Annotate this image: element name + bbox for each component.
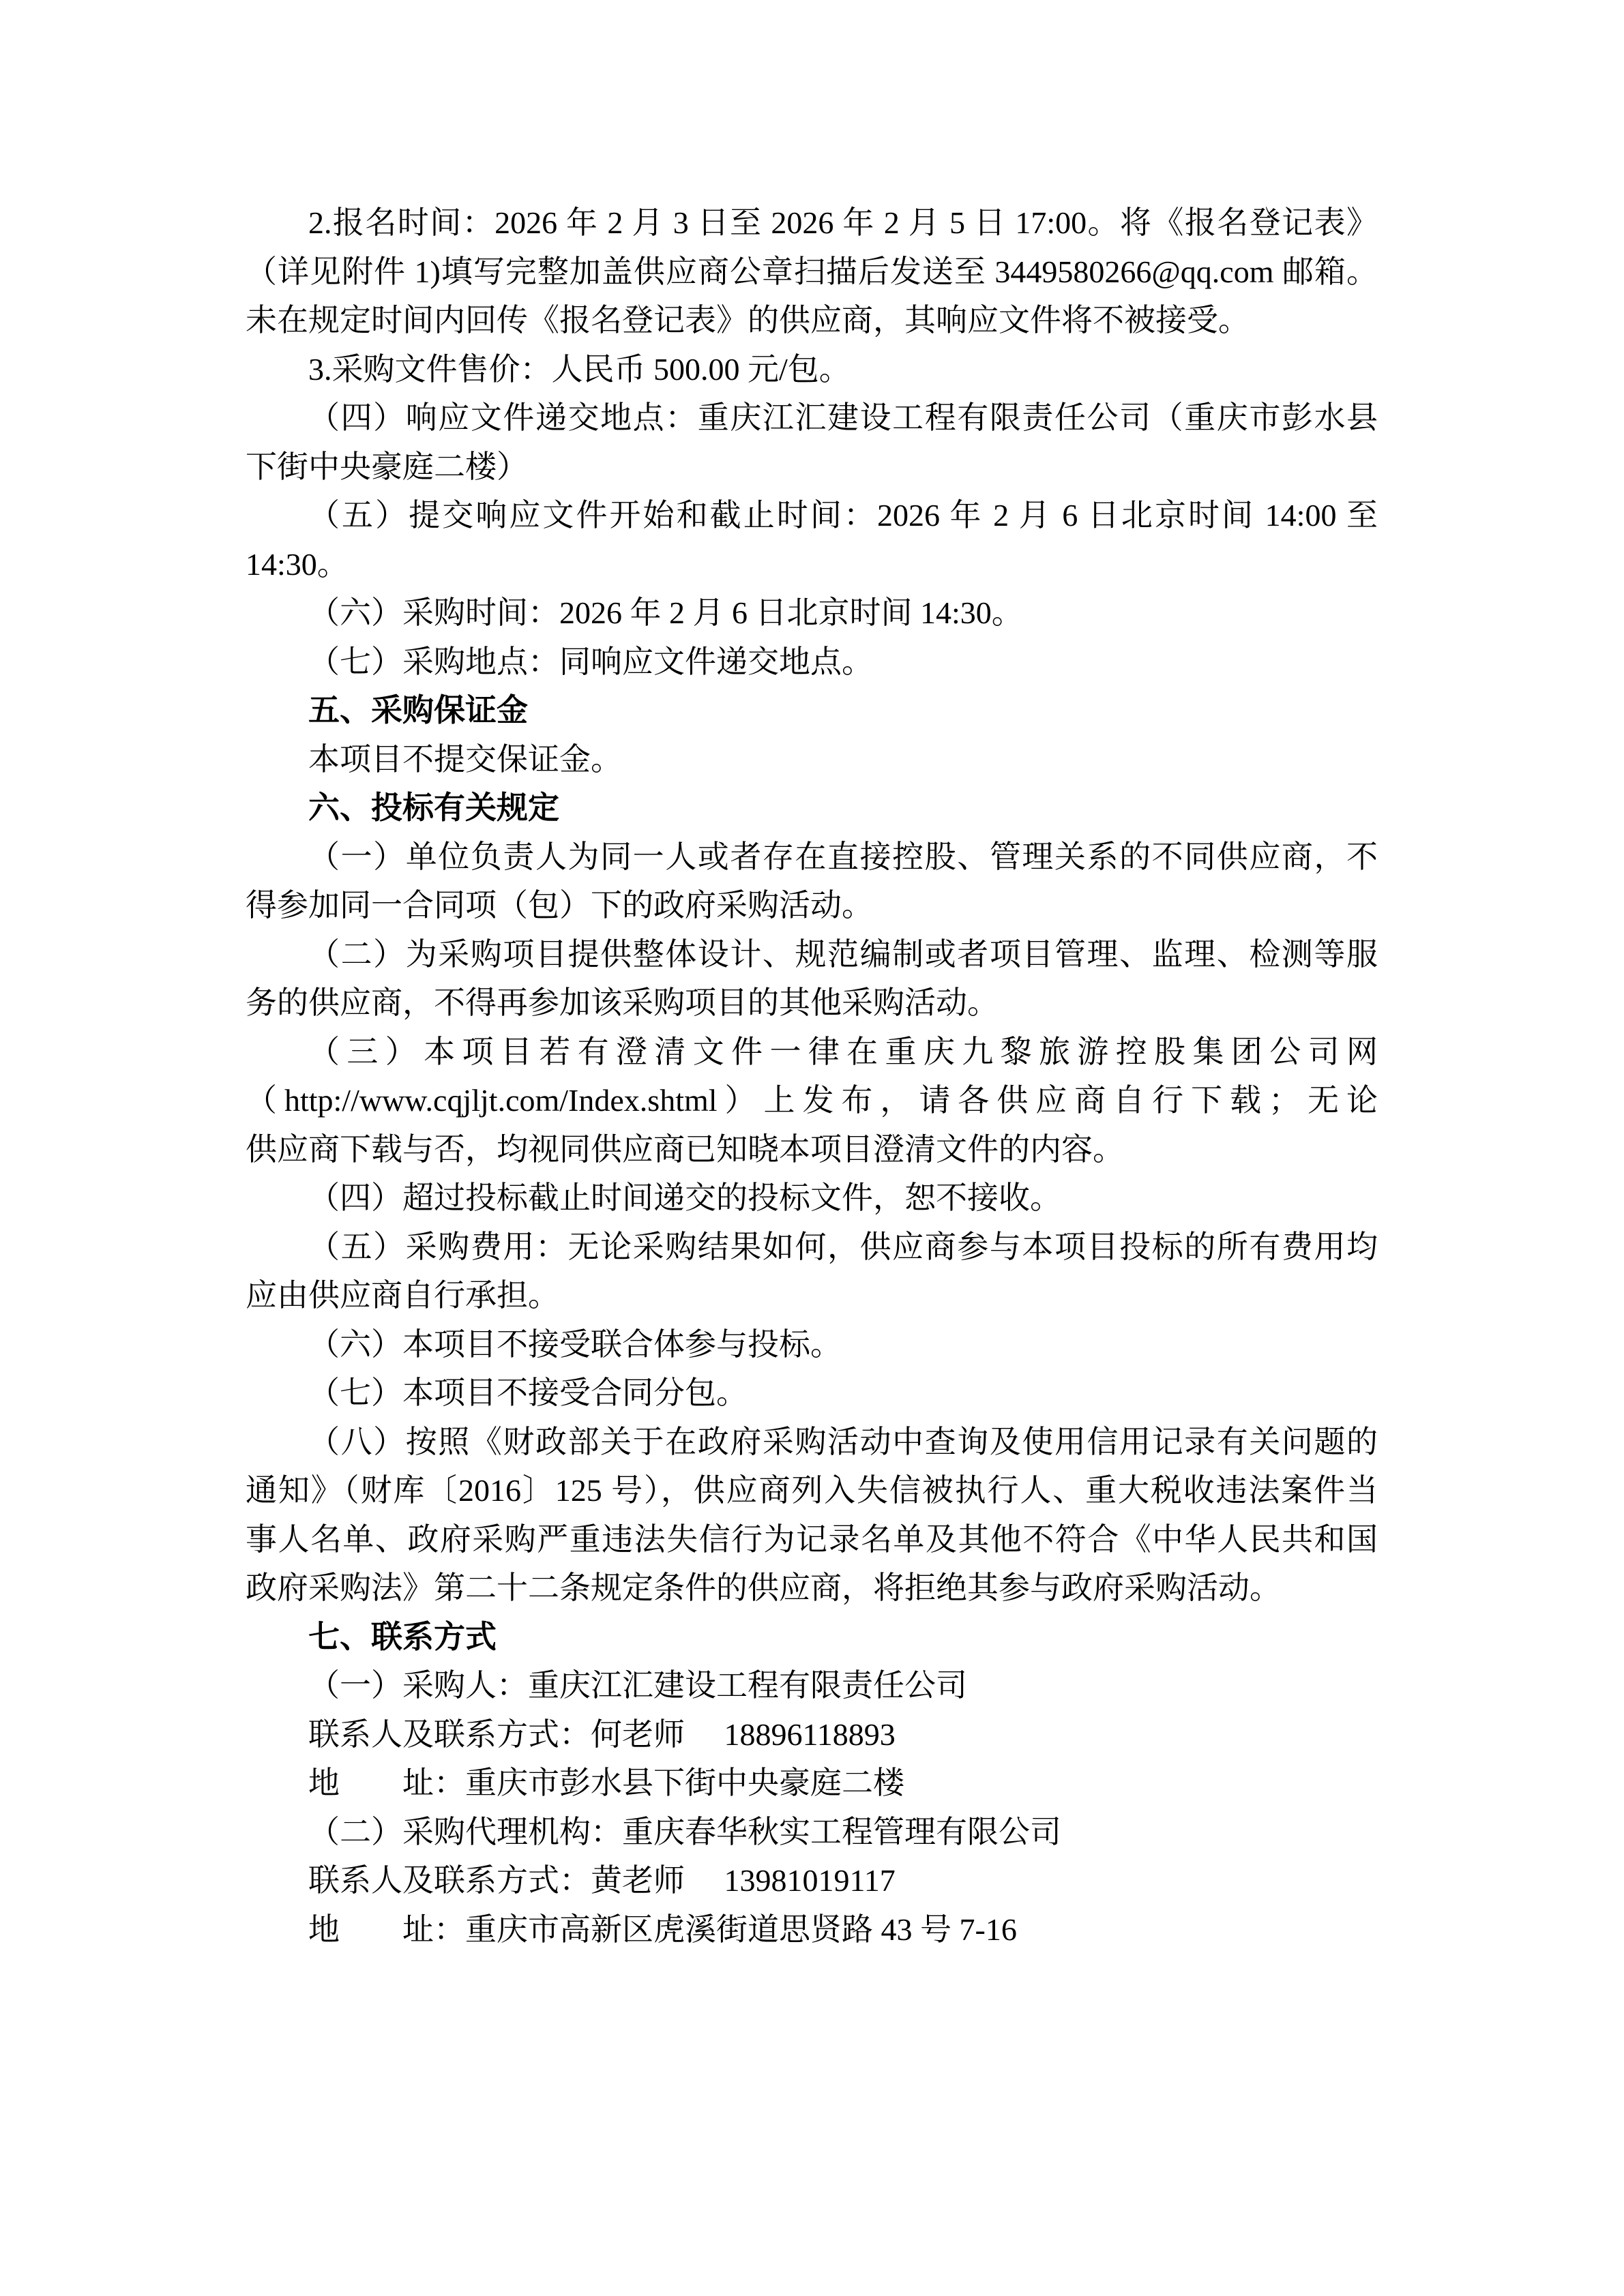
paragraph-line: （六）采购时间：2026 年 2 月 6 日北京时间 14:30。 — [246, 588, 1378, 638]
paragraph-line: 地 址：重庆市彭水县下街中央豪庭二楼 — [246, 1759, 1378, 1808]
paragraph-line: 通知》（财库〔2016〕125 号），供应商列入失信被执行人、重大税收违法案件当 — [246, 1466, 1378, 1515]
paragraph-line: （http://www.cqjljt.com/Index.shtml）上发布，请… — [246, 1076, 1378, 1125]
document-page: 2.报名时间：2026 年 2 月 3 日至 2026 年 2 月 5 日 17… — [0, 0, 1624, 2296]
section-heading: 六、投标有关规定 — [246, 784, 1378, 833]
paragraph-line: （四）响应文件递交地点：重庆江汇建设工程有限责任公司（重庆市彭水县 — [246, 393, 1378, 443]
paragraph-line: 下街中央豪庭二楼） — [246, 443, 1378, 492]
paragraph-line: 应由供应商自行承担。 — [246, 1271, 1378, 1320]
paragraph-line: 3.采购文件售价：人民币 500.00 元/包。 — [246, 345, 1378, 394]
section-heading: 五、采购保证金 — [246, 686, 1378, 735]
document-body: 2.报名时间：2026 年 2 月 3 日至 2026 年 2 月 5 日 17… — [246, 198, 1378, 1954]
paragraph-line: 14:30。 — [246, 540, 1378, 589]
paragraph-line: 未在规定时间内回传《报名登记表》的供应商，其响应文件将不被接受。 — [246, 296, 1378, 345]
paragraph-line: （五）提交响应文件开始和截止时间：2026 年 2 月 6 日北京时间 14:0… — [246, 491, 1378, 540]
paragraph-line: （六）本项目不接受联合体参与投标。 — [246, 1320, 1378, 1369]
paragraph-line: 务的供应商，不得再参加该采购项目的其他采购活动。 — [246, 979, 1378, 1028]
paragraph-line: （详见附件 1)填写完整加盖供应商公章扫描后发送至 3449580266@qq.… — [246, 248, 1378, 297]
paragraph-line: （一）单位负责人为同一人或者存在直接控股、管理关系的不同供应商，不 — [246, 833, 1378, 882]
paragraph-line: 2.报名时间：2026 年 2 月 3 日至 2026 年 2 月 5 日 17… — [246, 198, 1378, 248]
paragraph-line: （七）采购地点：同响应文件递交地点。 — [246, 638, 1378, 687]
section-heading: 七、联系方式 — [246, 1613, 1378, 1662]
paragraph-line: （二）为采购项目提供整体设计、规范编制或者项目管理、监理、检测等服 — [246, 930, 1378, 979]
paragraph-line: （八）按照《财政部关于在政府采购活动中查询及使用信用记录有关问题的 — [246, 1418, 1378, 1467]
paragraph-line: 事人名单、政府采购严重违法失信行为记录名单及其他不符合《中华人民共和国 — [246, 1515, 1378, 1564]
paragraph-line: 地 址：重庆市高新区虎溪街道思贤路 43 号 7-16 — [246, 1905, 1378, 1954]
paragraph-line: （三）本项目若有澄清文件一律在重庆九黎旅游控股集团公司网 — [246, 1028, 1378, 1077]
paragraph-line: （二）采购代理机构：重庆春华秋实工程管理有限公司 — [246, 1808, 1378, 1857]
paragraph-line: （一）采购人：重庆江汇建设工程有限责任公司 — [246, 1661, 1378, 1710]
paragraph-line: 联系人及联系方式：黄老师 13981019117 — [246, 1856, 1378, 1905]
paragraph-line: 联系人及联系方式：何老师 18896118893 — [246, 1710, 1378, 1759]
paragraph-line: （五）采购费用：无论采购结果如何，供应商参与本项目投标的所有费用均 — [246, 1223, 1378, 1272]
paragraph-line: 供应商下载与否，均视同供应商已知晓本项目澄清文件的内容。 — [246, 1125, 1378, 1174]
paragraph-line: 本项目不提交保证金。 — [246, 735, 1378, 784]
paragraph-line: 政府采购法》第二十二条规定条件的供应商，将拒绝其参与政府采购活动。 — [246, 1564, 1378, 1613]
paragraph-line: （四）超过投标截止时间递交的投标文件，恕不接收。 — [246, 1174, 1378, 1223]
paragraph-line: 得参加同一合同项（包）下的政府采购活动。 — [246, 881, 1378, 930]
paragraph-line: （七）本项目不接受合同分包。 — [246, 1369, 1378, 1418]
